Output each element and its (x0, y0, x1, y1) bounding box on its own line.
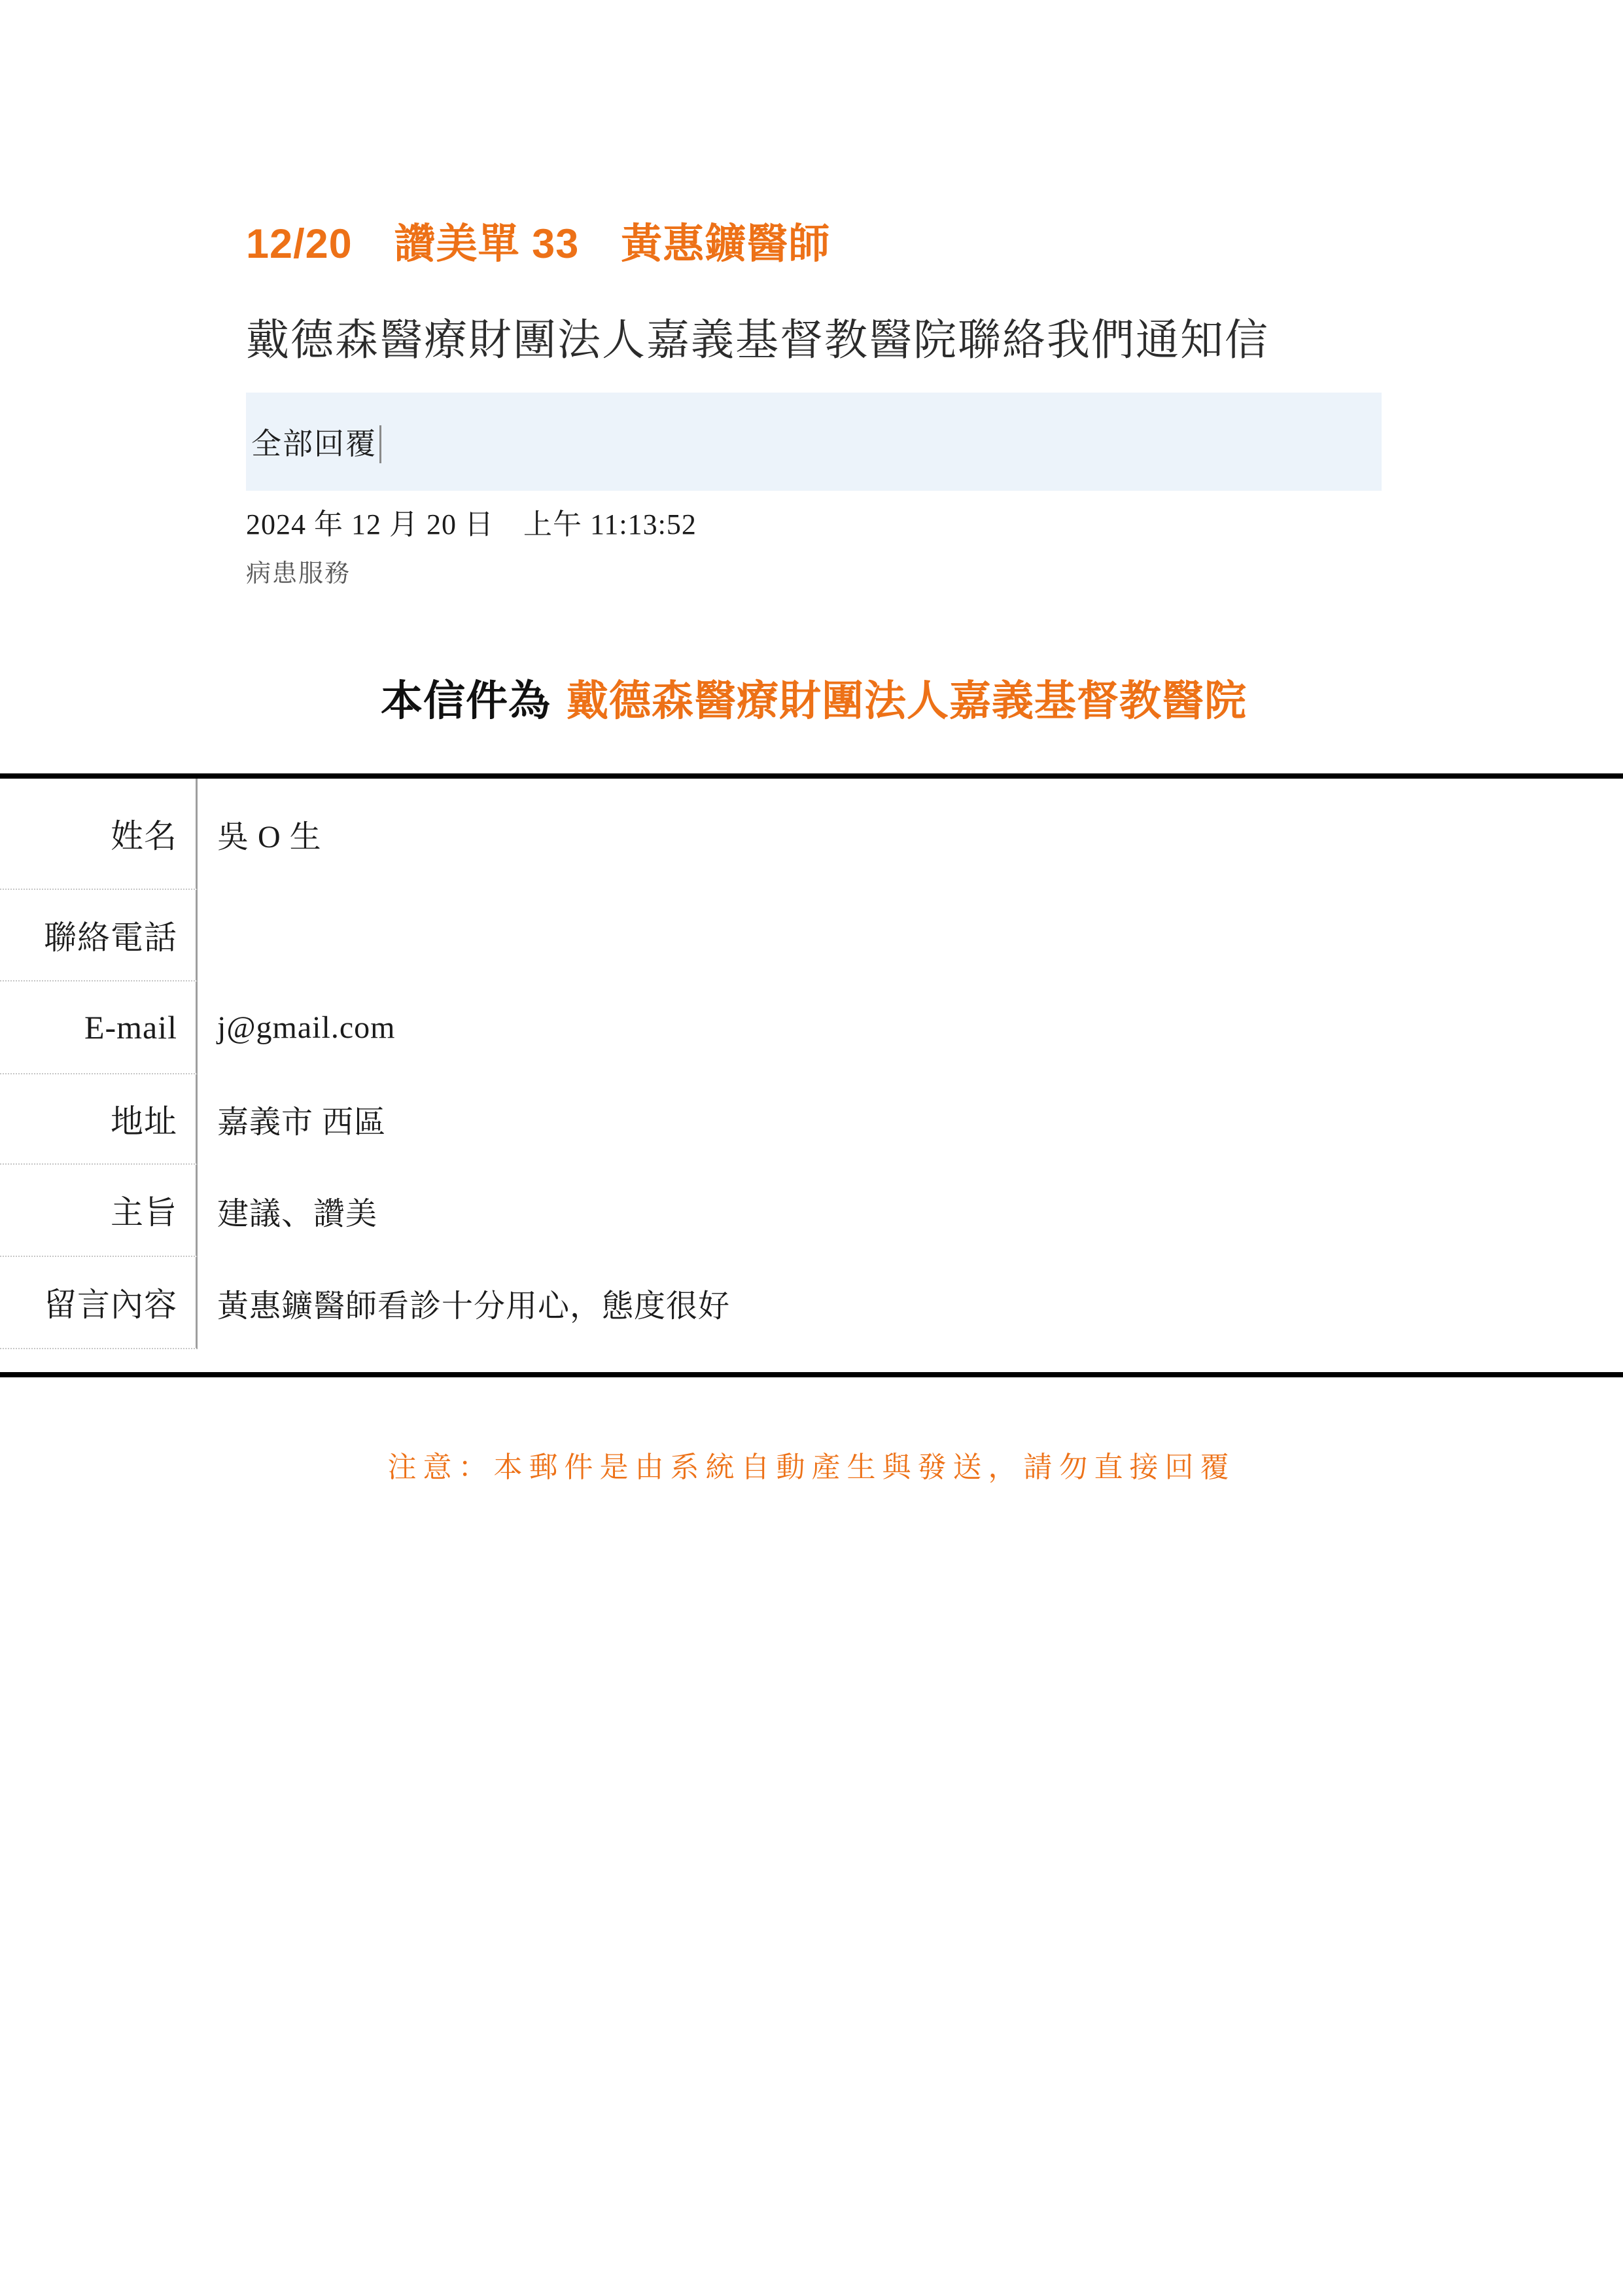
auto-reply-notice: 注意：本郵件是由系統自動產生與發送，請勿直接回覆 (0, 1451, 1623, 1485)
email-notification-page: 12/20 讚美單 33 黃惠鑛醫師 戴德森醫療財團法人嘉義基督教醫院聯絡我們通… (0, 0, 1623, 2296)
mail-datetime: 2024 年 12 月 20 日 上午 11:13:52 (246, 509, 1382, 540)
table-row: 地址 嘉義市 西區 (0, 1074, 1623, 1165)
reply-all-bar[interactable]: 全部回覆 (246, 393, 1382, 491)
text-cursor (379, 425, 381, 463)
table-row: E-mail j@gmail.com (0, 981, 1623, 1074)
mail-title: 12/20 讚美單 33 黃惠鑛醫師 (246, 0, 1382, 266)
reply-all-label[interactable]: 全部回覆 (251, 420, 377, 463)
row-label-address: 地址 (0, 1074, 198, 1165)
row-value-message: 黃惠鑛醫師看診十分用心，態度很好 (198, 1257, 1623, 1349)
banner-prefix: 本信件為 (381, 677, 551, 724)
mail-subject: 戴德森醫療財團法人嘉義基督教醫院聯絡我們通知信 (246, 319, 1382, 362)
row-label-name: 姓名 (0, 779, 198, 890)
mail-category: 病患服務 (246, 561, 1382, 588)
row-value-subject: 建議、讚美 (198, 1165, 1623, 1257)
table-row: 留言內容 黃惠鑛醫師看診十分用心，態度很好 (0, 1257, 1623, 1349)
row-label-phone: 聯絡電話 (0, 890, 198, 981)
table-row: 姓名 吳 O 生 (0, 779, 1623, 890)
row-label-subject: 主旨 (0, 1165, 198, 1257)
row-label-email: E-mail (0, 981, 198, 1074)
row-value-phone (198, 890, 1623, 981)
row-label-message: 留言內容 (0, 1257, 198, 1349)
row-value-address: 嘉義市 西區 (198, 1074, 1623, 1165)
table-row: 聯絡電話 (0, 890, 1623, 981)
row-value-email: j@gmail.com (198, 981, 1623, 1074)
hospital-banner: 本信件為戴德森醫療財團法人嘉義基督教醫院 (246, 679, 1382, 723)
table-row: 主旨 建議、讚美 (0, 1165, 1623, 1257)
row-value-name: 吳 O 生 (198, 779, 1623, 890)
mail-header-section: 12/20 讚美單 33 黃惠鑛醫師 戴德森醫療財團法人嘉義基督教醫院聯絡我們通… (0, 0, 1623, 724)
banner-hospital-name: 戴德森醫療財團法人嘉義基督教醫院 (567, 677, 1247, 724)
contact-form-table: 姓名 吳 O 生 聯絡電話 E-mail j@gmail.com 地址 嘉義市 … (0, 773, 1623, 1377)
